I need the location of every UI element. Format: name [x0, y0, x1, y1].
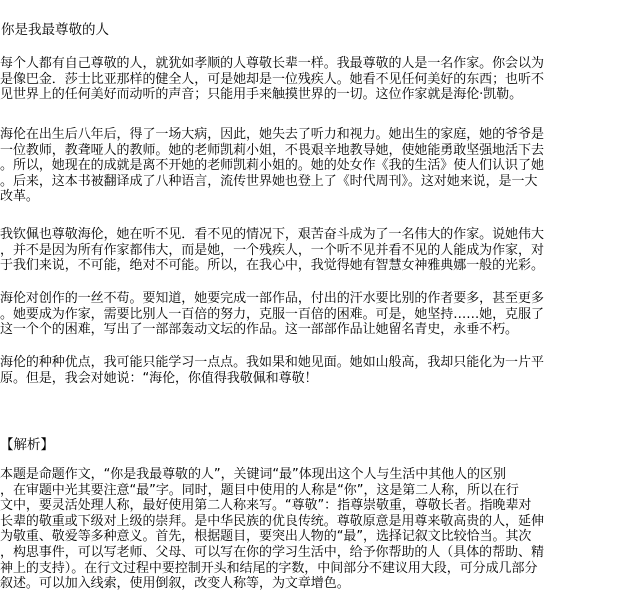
text-line: 长辈的敬重或下级对上级的崇拜。是中华民族的优良传统。尊敬原意是用尊来敬高贵的人，… [0, 514, 630, 530]
text-line: 我钦佩也尊敬海伦，她在听不见．看不见的情况下，艰苦奋斗成为了一名伟大的作家。说她… [0, 227, 630, 243]
text-line: 。所以，她现在的成就是离不开她的老师凯莉小姐的。她的处女作《我的生活》使人们认识… [0, 158, 630, 174]
text-line: 海伦的种种优点，我可能只能学习一点点。我如果和她见面。她如山般高，我却只能化为一… [0, 355, 630, 371]
text-line: ，构思事件，可以写老师、父母、可以写在你的学习生活中，给予你帮助的人（具体的帮助… [0, 545, 630, 561]
text-line: ，并不是因为所有作家都伟大，而是她，一个残疾人，一个听不见并看不见的人能成为作家… [0, 243, 630, 259]
text-line: 叙述。可以加入线索，使用倒叙，改变人称等，为文章增色。 [0, 576, 630, 591]
text-line: 神上的支持）。在行文过程中要控制开头和结尾的字数，中间部分不建议用大段，可分成几… [0, 561, 630, 577]
text-line: 本题是命题作文，“你是我最尊敬的人”，关键词“最”体现出这个人与生活中其他人的区… [0, 467, 630, 483]
essay-paragraph-1: 每个人都有自己尊敬的人，就犹如孝顺的人尊敬长辈一样。我最尊敬的人是一名作家。你会… [0, 56, 630, 103]
text-line: 。她要成为作家，需要比别人一百倍的努力，克服一百倍的困难。可是，她坚持……她，克… [0, 307, 630, 323]
text-line: 。后来，这本书被翻译成了八种语言，流传世界她也登上了《时代周刊》。这对她来说，是… [0, 174, 630, 190]
text-line: 于我们来说，不可能，绝对不可能。所以，在我心中，我觉得她有智慧女神雅典娜一般的光… [0, 258, 630, 274]
text-line: 见世界上的任何美好而动听的声音；只能用手来触摸世界的一切。这位作家就是海伦·凯勒… [0, 87, 630, 103]
text-line: 海伦对创作的一丝不苟。要知道，她要完成一部作品，付出的汗水要比别的作者要多，甚至… [0, 291, 630, 307]
analysis-heading: 【解析】 [0, 437, 54, 453]
text-line: 原。但是，我会对她说：“海伦，你值得我敬佩和尊敬！ [0, 371, 630, 387]
text-line: 为敬重、敬爱等多种意义。首先，根据题目，要突出人物的“最”，选择记叙文比较恰当。… [0, 529, 630, 545]
text-line: 文中，要灵活处理人称，最好使用第二人称来写。“尊敬”：指尊崇敬重，尊敬长者。指晚… [0, 498, 630, 514]
text-line: 海伦在出生后八年后，得了一场大病，因此，她失去了听力和视力。她出生的家庭，她的爷… [0, 127, 630, 143]
analysis-paragraph: 本题是命题作文，“你是我最尊敬的人”，关键词“最”体现出这个人与生活中其他人的区… [0, 467, 630, 591]
text-line: 是像巴金．莎士比亚那样的健全人，可是她却是一位残疾人。她看不见任何美好的东西；也… [0, 72, 630, 88]
essay-paragraph-3: 我钦佩也尊敬海伦，她在听不见．看不见的情况下，艰苦奋斗成为了一名伟大的作家。说她… [0, 227, 630, 274]
text-line: 一位教师，教聋哑人的教师。她的老师凯莉小姐，不畏艰辛地教导她，使她能勇敢坚强地活… [0, 143, 630, 159]
text-line: 改革。 [0, 189, 630, 205]
text-line: ，在审题中光其要注意“最”字。同时，题目中使用的人称是“你”，这是第二人称，所以… [0, 483, 630, 499]
document-page: 你是我最尊敬的人 每个人都有自己尊敬的人，就犹如孝顺的人尊敬长辈一样。我最尊敬的… [0, 0, 630, 591]
text-line: 这一个个的困难，写出了一部部轰动文坛的作品。这一部部作品让她留名青史，永垂不朽。 [0, 322, 630, 338]
essay-paragraph-4: 海伦对创作的一丝不苟。要知道，她要完成一部作品，付出的汗水要比别的作者要多，甚至… [0, 291, 630, 338]
essay-title: 你是我最尊敬的人 [1, 22, 109, 38]
essay-paragraph-2: 海伦在出生后八年后，得了一场大病，因此，她失去了听力和视力。她出生的家庭，她的爷… [0, 127, 630, 205]
essay-paragraph-5: 海伦的种种优点，我可能只能学习一点点。我如果和她见面。她如山般高，我却只能化为一… [0, 355, 630, 386]
text-line: 每个人都有自己尊敬的人，就犹如孝顺的人尊敬长辈一样。我最尊敬的人是一名作家。你会… [0, 56, 630, 72]
